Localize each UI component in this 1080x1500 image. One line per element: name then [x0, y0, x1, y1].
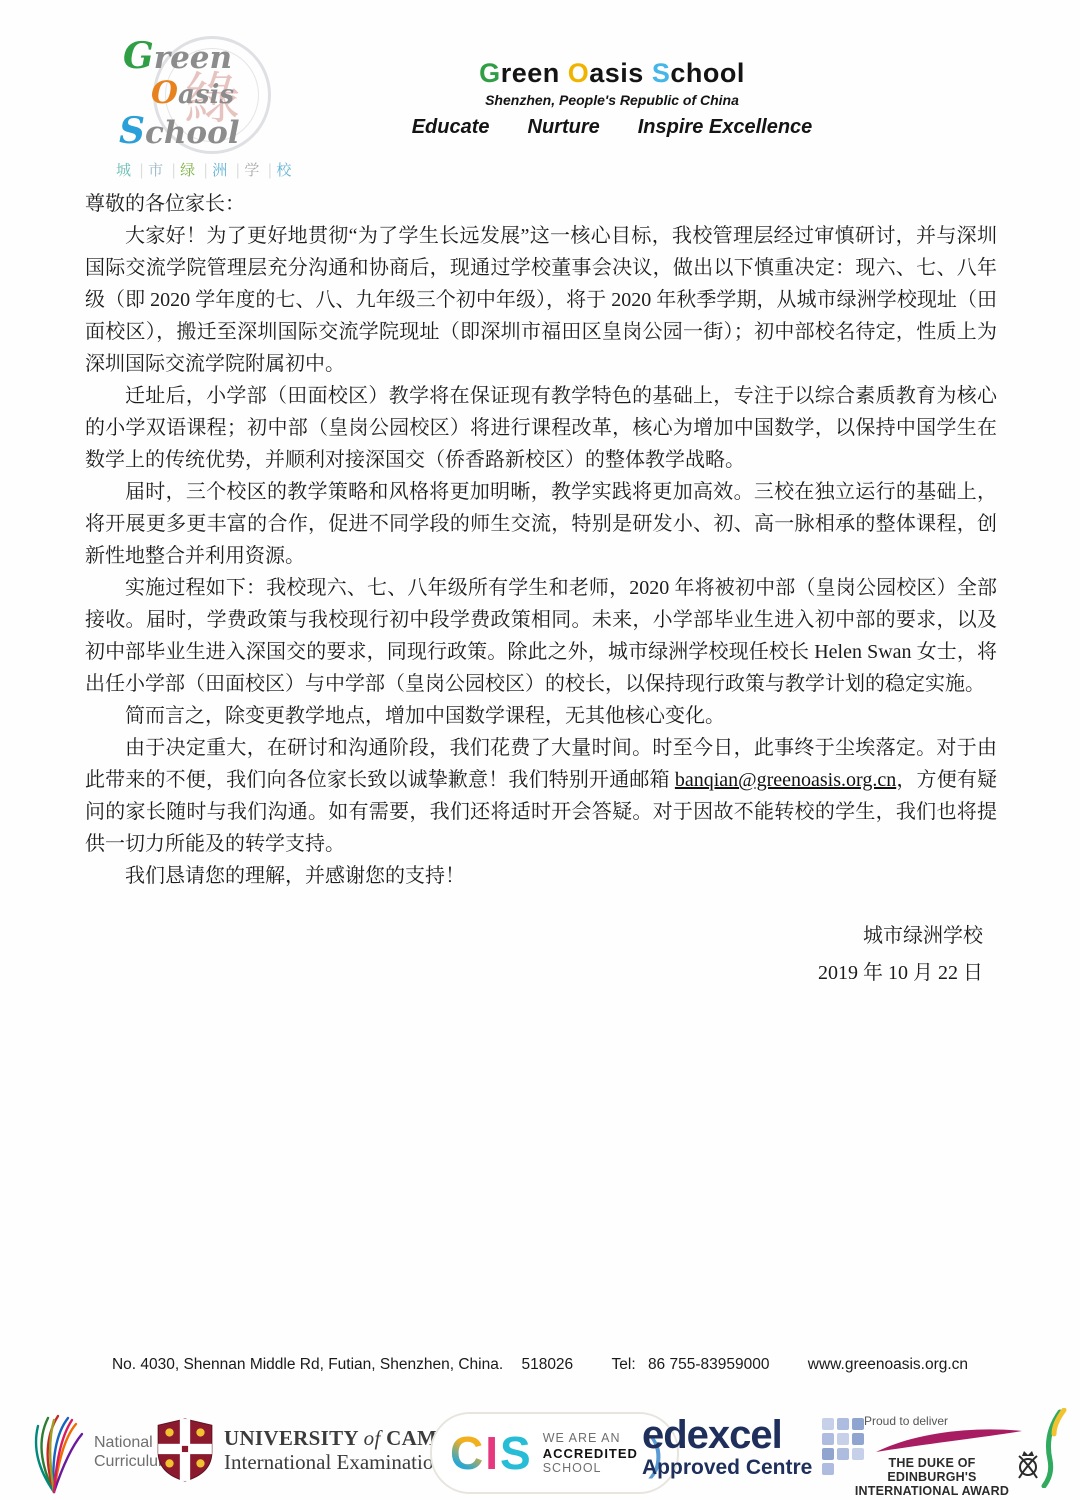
signature-name: 城市绿洲学校 [85, 918, 983, 955]
salutation: 尊敬的各位家长： [85, 188, 997, 220]
signature-block: 城市绿洲学校 2019 年 10 月 22 日 [85, 918, 997, 992]
letter-page: 綠 Green Oasis School 城市绿洲学校 Green Oasis … [0, 0, 1080, 1500]
logo-word-school: School [119, 113, 315, 149]
logo-chinese-name: 城市绿洲学校 [115, 159, 315, 180]
school-logo: 綠 Green Oasis School 城市绿洲学校 [95, 38, 315, 168]
national-curriculum-swirl-icon [24, 1408, 88, 1496]
footer-postcode: 518026 [521, 1356, 573, 1373]
footer-contact-line: No. 4030, Shennan Middle Rd, Futian, She… [0, 1356, 1080, 1374]
paragraph-campuses: 届时，三个校区的教学策略和风格将更加明晰，教学实践将更加高效。三校在独立运行的基… [85, 476, 997, 572]
closing-line: 我们恳请您的理解，并感谢您的支持！ [85, 860, 997, 892]
paragraph-decision: 大家好！为了更好地贯彻“为了学生长远发展”这一核心目标，我校管理层经过审慎研讨，… [85, 220, 997, 380]
paragraph-relocation: 迁址后，小学部（田面校区）教学将在保证现有教学特色的基础上，专注于以综合素质教育… [85, 380, 997, 476]
motto-educate: Educate [412, 116, 490, 139]
badge-edexcel: edexcel Approved Centre [642, 1416, 864, 1480]
contact-email-link[interactable]: banqian@greenoasis.org.cn [675, 769, 896, 791]
school-name-title: Green Oasis School [352, 58, 872, 89]
edexcel-wordmark: edexcel Approved Centre [642, 1416, 812, 1480]
dofe-swoosh-icon [874, 1426, 1024, 1454]
motto-nurture: Nurture [528, 116, 600, 139]
paragraph-apology: 由于决定重大，在研讨和沟通阶段，我们花费了大量时间。时至今日，此事终于尘埃落定。… [85, 732, 997, 860]
logo-word-oasis: Oasis [151, 78, 315, 109]
school-location-subtitle: Shenzhen, People's Republic of China [352, 92, 872, 108]
dofe-flame-icon [1034, 1408, 1068, 1488]
footer-website: www.greenoasis.org.cn [808, 1356, 968, 1373]
edexcel-approved-centre: Approved Centre [642, 1456, 812, 1480]
dofe-title: THE DUKE OF EDINBURGH'S INTERNATIONAL AW… [848, 1456, 1016, 1498]
cis-wordmark: CIS [450, 1430, 533, 1476]
signature-date: 2019 年 10 月 22 日 [85, 955, 983, 992]
school-motto: Educate Nurture Inspire Excellence [352, 116, 872, 139]
cambridge-shield-icon [156, 1418, 214, 1482]
letter-body: 尊敬的各位家长： 大家好！为了更好地贯彻“为了学生长远发展”这一核心目标，我校管… [85, 188, 997, 992]
cis-accredited-text: WE ARE AN ACCREDITED SCHOOL [543, 1431, 638, 1476]
paragraph-implementation: 实施过程如下：我校现六、七、八年级所有学生和老师，2020 年将被初中部（皇岗公… [85, 572, 997, 700]
badge-national-curriculum: National Curriculum [24, 1408, 171, 1496]
paragraph-summary: 简而言之，除变更教学地点，增加中国数学课程，无其他核心变化。 [85, 700, 997, 732]
badge-duke-of-edinburgh: Proud to deliver THE DUKE OF EDINBURGH'S… [848, 1406, 1062, 1498]
letterhead: Green Oasis School Shenzhen, People's Re… [352, 58, 872, 139]
footer-address: No. 4030, Shennan Middle Rd, Futian, She… [112, 1356, 503, 1373]
logo-word-green: Green [123, 38, 315, 74]
footer-tel-label: Tel: [612, 1356, 636, 1373]
footer-tel-number: 86 755-83959000 [648, 1356, 770, 1373]
motto-inspire: Inspire Excellence [638, 116, 813, 139]
